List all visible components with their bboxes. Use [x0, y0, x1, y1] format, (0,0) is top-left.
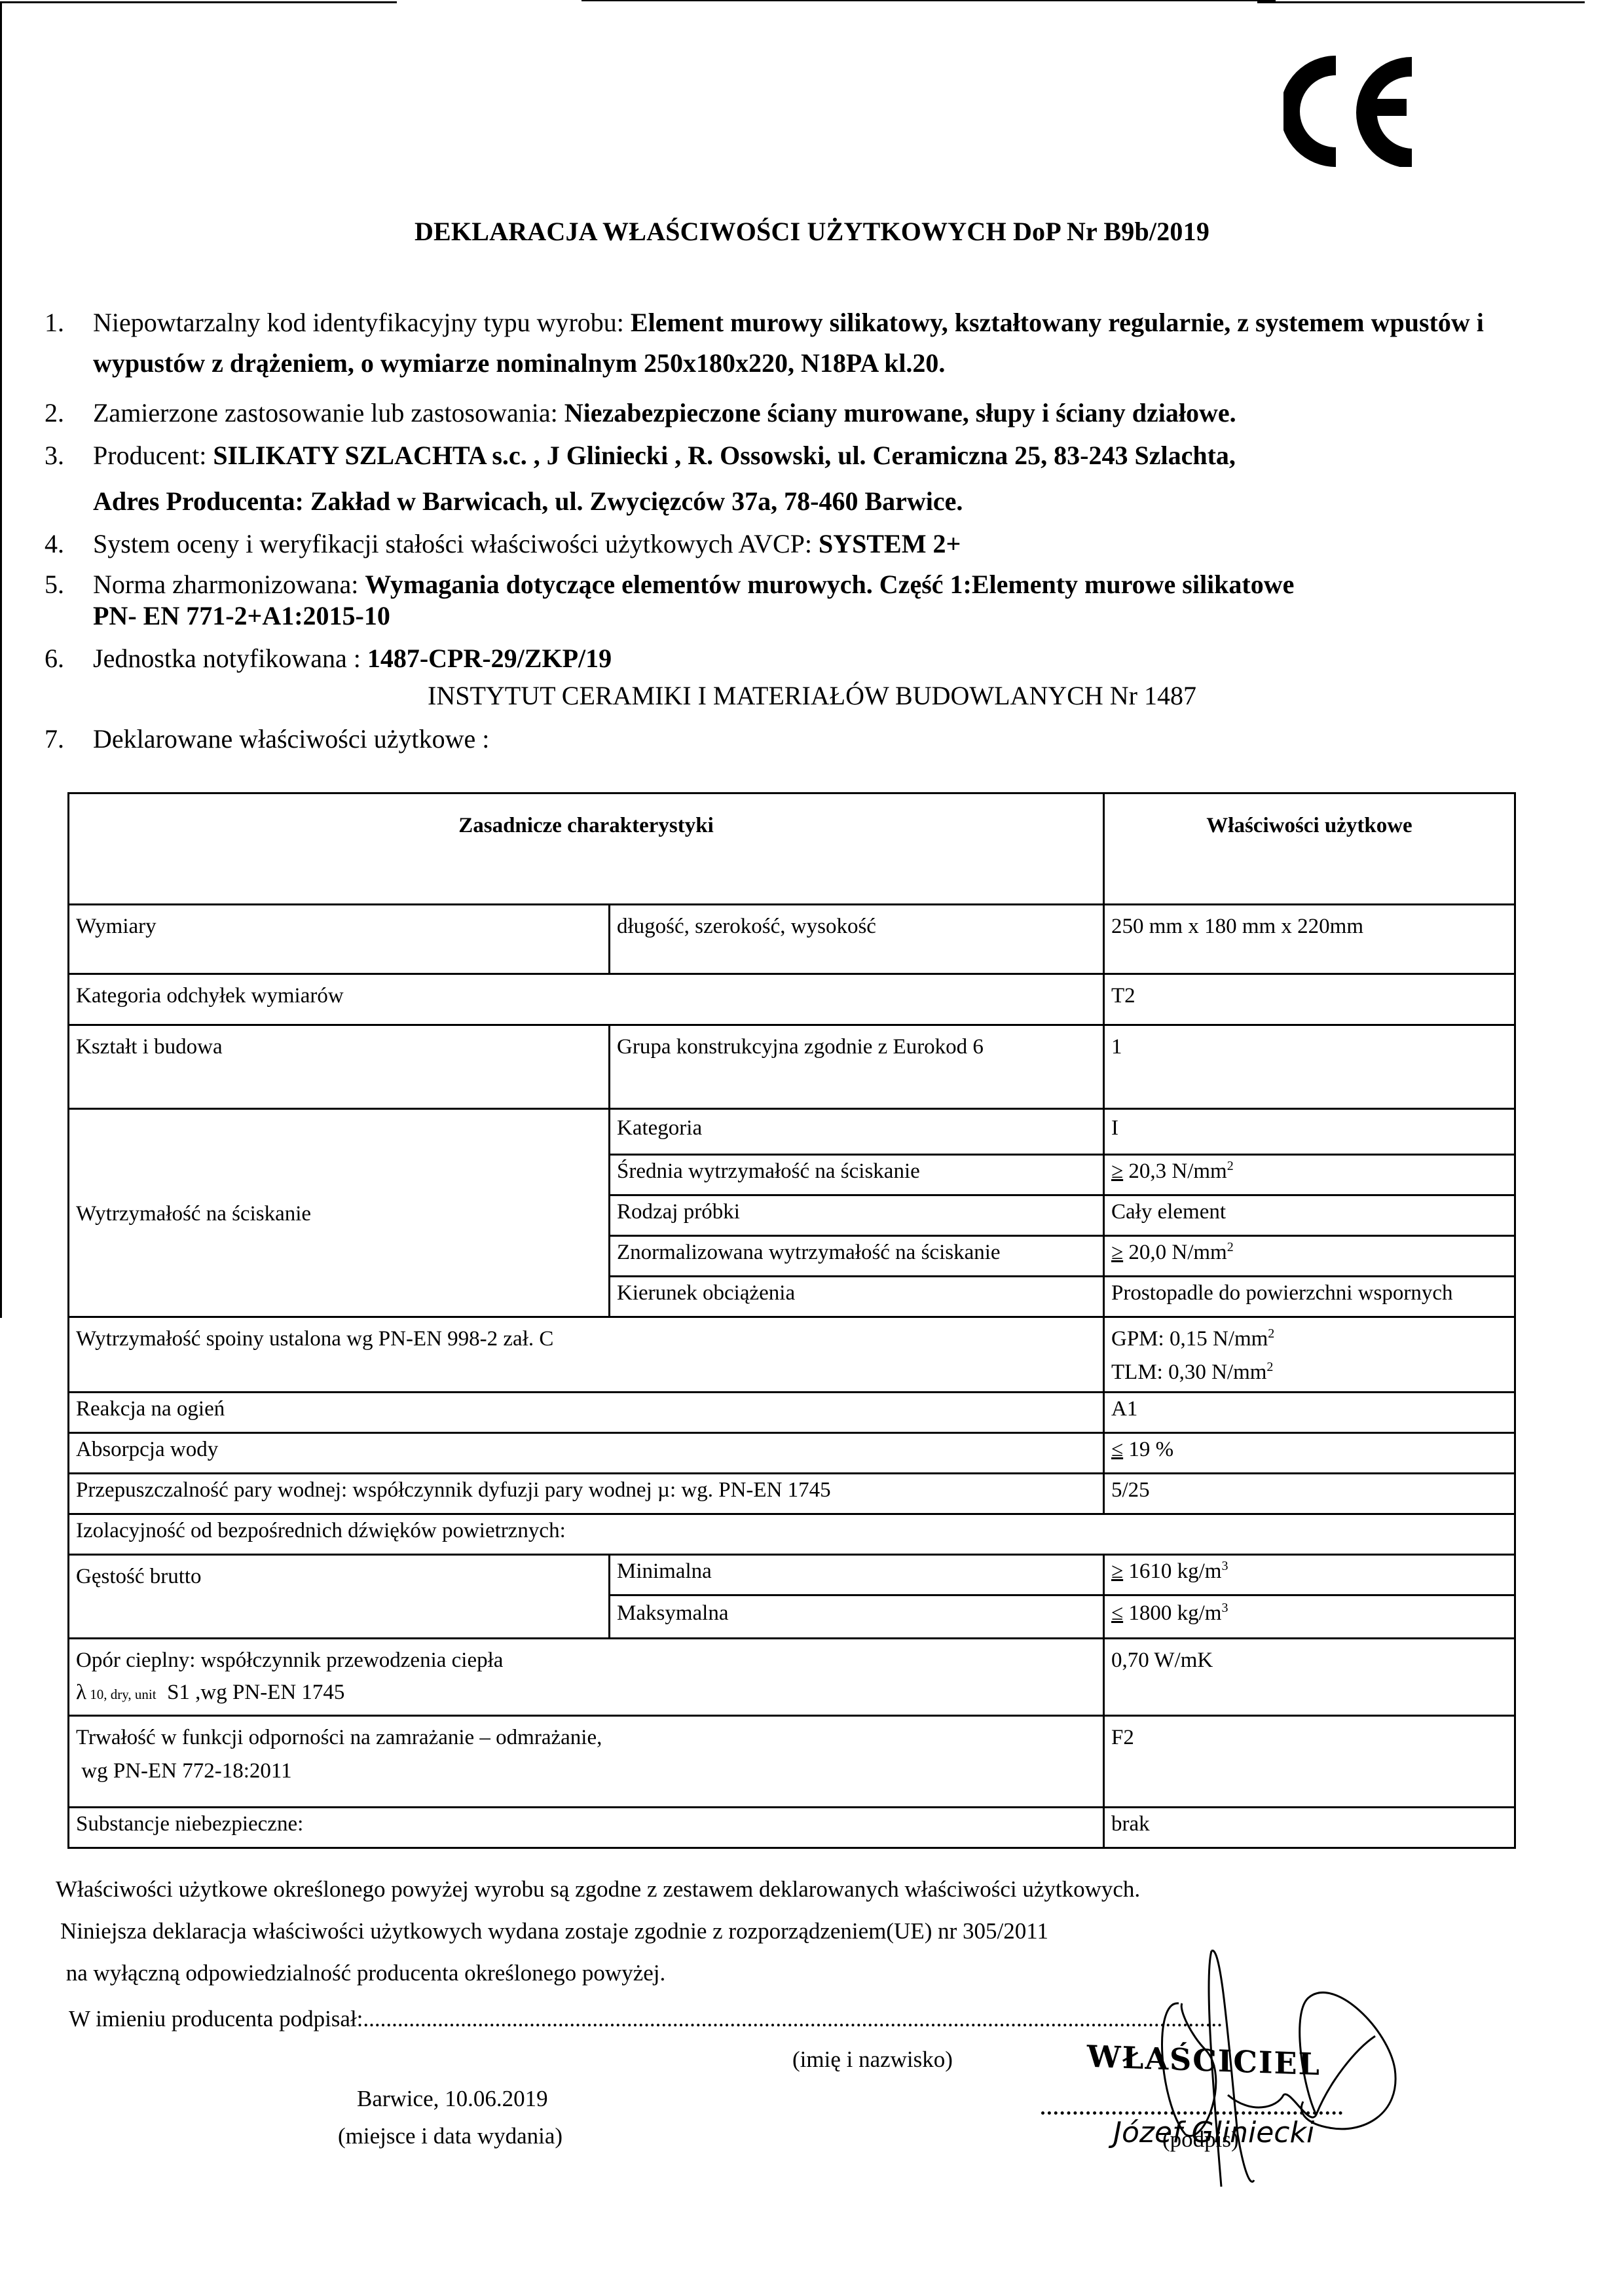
regulation-statement: Niniejsza deklaracja właściwości użytkow… — [60, 1918, 1048, 1944]
table-row: Trwałość w funkcji odporności na zamraża… — [69, 1716, 1515, 1808]
table-row: Absorpcja wody ≤ 19 % — [69, 1433, 1515, 1474]
table-row: Kształt i budowa Grupa konstrukcyjna zgo… — [69, 1025, 1515, 1109]
item-7: 7. Deklarowane właściwości użytkowe : — [45, 719, 1564, 759]
table-row: Wymiary długość, szerokość, wysokość 250… — [69, 905, 1515, 974]
scan-border-left — [0, 2, 2, 1318]
table-row: Substancje niebezpieczne: brak — [69, 1808, 1515, 1848]
header-characteristics: Zasadnicze charakterystyki — [69, 793, 1104, 905]
table-row: Opór cieplny: współczynnik przewodzenia … — [69, 1639, 1515, 1716]
conformity-statement: Właściwości użytkowe określonego powyżej… — [56, 1876, 1140, 1903]
harmonized-standard: PN- EN 771-2+A1:2015-10 — [93, 601, 390, 630]
place-date: Barwice, 10.06.2019 — [357, 2086, 548, 2112]
item-1: 1. Niepowtarzalny kod identyfikacyjny ty… — [45, 302, 1564, 384]
producer-address: Adres Producenta: Zakład w Barwicach, ul… — [93, 486, 963, 516]
scan-border-top — [0, 1, 397, 3]
table-row: Gęstość brutto Minimalna ≥ 1610 kg/m3 — [69, 1555, 1515, 1595]
table-row: Wytrzymałość spoiny ustalona wg PN-EN 99… — [69, 1317, 1515, 1393]
table-row: Wytrzymałość na ściskanie Kategoria I — [69, 1109, 1515, 1155]
table-row: Kategoria odchyłek wymiarów T2 — [69, 974, 1515, 1025]
item-5: 5. Norma zharmonizowana: Wymagania dotyc… — [45, 564, 1564, 636]
table-row: Przepuszczalność pary wodnej: współczynn… — [69, 1474, 1515, 1514]
item-2: 2. Zamierzone zastosowanie lub zastosowa… — [45, 393, 1564, 433]
name-caption: (imię i nazwisko) — [792, 2047, 953, 2073]
handwritten-signature-icon — [1113, 1938, 1454, 2213]
table-row: Reakcja na ogień A1 — [69, 1393, 1515, 1433]
declared-properties-table: Zasadnicze charakterystyki Właściwości u… — [67, 792, 1516, 1849]
table-row: Izolacyjność od bezpośrednich dźwięków p… — [69, 1514, 1515, 1555]
table-header-row: Zasadnicze charakterystyki Właściwości u… — [69, 793, 1515, 905]
header-performance: Właściwości użytkowe — [1104, 793, 1515, 905]
scan-border-top — [1257, 1, 1585, 3]
document-title: DEKLARACJA WŁAŚCIWOŚCI UŻYTKOWYCH DoP Nr… — [0, 216, 1624, 247]
ce-mark-icon — [1283, 56, 1428, 167]
signed-by-line: W imieniu producenta podpisał:..........… — [69, 2006, 1223, 2032]
item-3: 3. Producent: SILIKATY SZLACHTA s.c. , J… — [45, 435, 1564, 522]
scan-border-top — [581, 0, 1276, 1]
notified-body-name: INSTYTUT CERAMIKI I MATERIAŁÓW BUDOWLANY… — [0, 676, 1624, 716]
responsibility-statement: na wyłączną odpowiedzialność producenta … — [60, 1960, 665, 1986]
item-6: 6. Jednostka notyfikowana : 1487-CPR-29/… — [45, 638, 1564, 679]
place-date-caption: (miejsce i data wydania) — [338, 2123, 563, 2149]
item-4: 4. System oceny i weryfikacji stałości w… — [45, 524, 1564, 564]
